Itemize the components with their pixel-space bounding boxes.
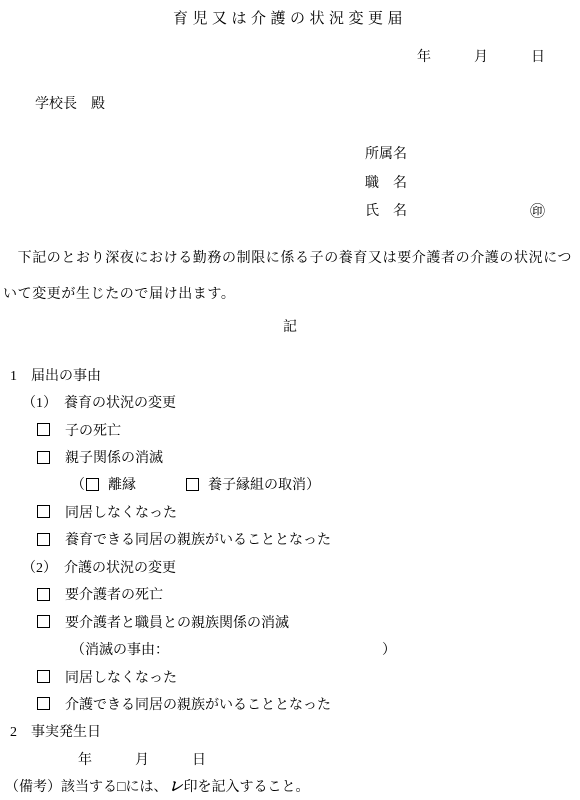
page-title: 育児又は介護の状況変更届 xyxy=(0,7,580,28)
checkbox-label: 子の死亡 xyxy=(65,420,121,440)
position-label: 職 名 xyxy=(365,172,407,192)
extinction-reason-row: （消滅の事由： ） xyxy=(0,635,580,662)
checkbox-item-child-death: 子の死亡 xyxy=(0,416,580,443)
date-line-top: 年 月 日 xyxy=(417,46,550,66)
checkbox-icon[interactable] xyxy=(37,505,50,518)
checkbox-icon[interactable] xyxy=(37,697,50,710)
fill-in-blank[interactable] xyxy=(169,642,382,656)
checkbox-icon[interactable] xyxy=(37,670,50,683)
checkbox-icon[interactable] xyxy=(186,478,199,491)
sub-option-row: （ 離縁 養子縁組の取消 ） xyxy=(0,471,580,498)
checkbox-label: 同居しなくなった xyxy=(65,502,177,522)
checkbox-label: 要介護者の死亡 xyxy=(65,584,163,604)
checkbox-item-no-longer-cohabiting: 同居しなくなった xyxy=(0,498,580,525)
checkbox-item-family-relation-end: 要介護者と職員との親族関係の消滅 xyxy=(0,608,580,635)
seal-icon: ㊞ xyxy=(530,200,545,221)
section-2-heading: 2 事実発生日 xyxy=(0,718,580,745)
subsection-2-heading: （2） 介護の状況の変更 xyxy=(0,553,580,580)
checkbox-label: 要介護者と職員との親族関係の消滅 xyxy=(65,612,289,632)
addressee-line: 学校長 殿 xyxy=(35,93,105,113)
note-prefix: （備考）該当する□には、 xyxy=(5,776,167,796)
checkbox-icon[interactable] xyxy=(86,478,99,491)
body-paragraph-line-1: 下記のとおり深夜における勤務の制限に係る子の養育又は要介護者の介護の状況につ xyxy=(3,241,577,277)
check-mark-glyph: レ xyxy=(168,776,182,796)
checkbox-item-parent-relation-end: 親子関係の消滅 xyxy=(0,443,580,470)
submitter-block: 所属名 職 名 氏 名 ㊞ xyxy=(365,139,545,225)
subsection-1-heading: （1） 養育の状況の変更 xyxy=(0,388,580,415)
reason-open-label: （消滅の事由： xyxy=(71,639,169,659)
checkbox-item-care-receiver-death: 要介護者の死亡 xyxy=(0,581,580,608)
note-suffix: 印を記入すること。 xyxy=(183,776,309,796)
name-label: 氏 名 xyxy=(365,200,407,220)
checkbox-icon[interactable] xyxy=(37,615,50,628)
record-heading: 記 xyxy=(0,316,580,336)
checkbox-item-no-longer-cohabiting-care: 同居しなくなった xyxy=(0,663,580,690)
checkbox-icon[interactable] xyxy=(37,533,50,546)
affiliation-label: 所属名 xyxy=(365,143,407,163)
checkbox-label: 同居しなくなった xyxy=(65,667,177,687)
section-1-heading: 1 届出の事由 xyxy=(0,361,580,388)
checkbox-label: 親子関係の消滅 xyxy=(65,447,163,467)
body-paragraph-line-2: いて変更が生じたので届け出ます。 xyxy=(3,277,577,313)
name-row: 氏 名 ㊞ xyxy=(365,196,545,225)
form-item-list: 1 届出の事由 （1） 養育の状況の変更 子の死亡 親子関係の消滅 （ 離縁 養… xyxy=(0,361,580,800)
checkbox-icon[interactable] xyxy=(37,588,50,601)
position-row: 職 名 xyxy=(365,168,545,197)
checkbox-item-relative-available-care: 介護できる同居の親族がいることとなった xyxy=(0,690,580,717)
affiliation-row: 所属名 xyxy=(365,139,545,168)
checkbox-label: 介護できる同居の親族がいることとなった xyxy=(65,694,331,714)
document-page: 育児又は介護の状況変更届 年 月 日 学校長 殿 所属名 職 名 氏 名 ㊞ 下… xyxy=(0,0,580,800)
checkbox-label: 養育できる同居の親族がいることとなった xyxy=(65,529,331,549)
remarks-note: （備考）該当する□には、 レ 印を記入すること。 xyxy=(0,773,580,800)
checkbox-item-relative-available-childcare: 養育できる同居の親族がいることとなった xyxy=(0,526,580,553)
fact-date-line: 年 月 日 xyxy=(0,745,580,772)
paren-open: （ xyxy=(71,474,85,494)
checkbox-label: 養子縁組の取消 xyxy=(208,474,306,494)
checkbox-icon[interactable] xyxy=(37,451,50,464)
checkbox-label: 離縁 xyxy=(108,474,136,494)
paren-close: ） xyxy=(382,639,396,659)
paren-close: ） xyxy=(306,474,320,494)
checkbox-icon[interactable] xyxy=(37,423,50,436)
body-paragraph: 下記のとおり深夜における勤務の制限に係る子の養育又は要介護者の介護の状況につ い… xyxy=(3,241,577,313)
